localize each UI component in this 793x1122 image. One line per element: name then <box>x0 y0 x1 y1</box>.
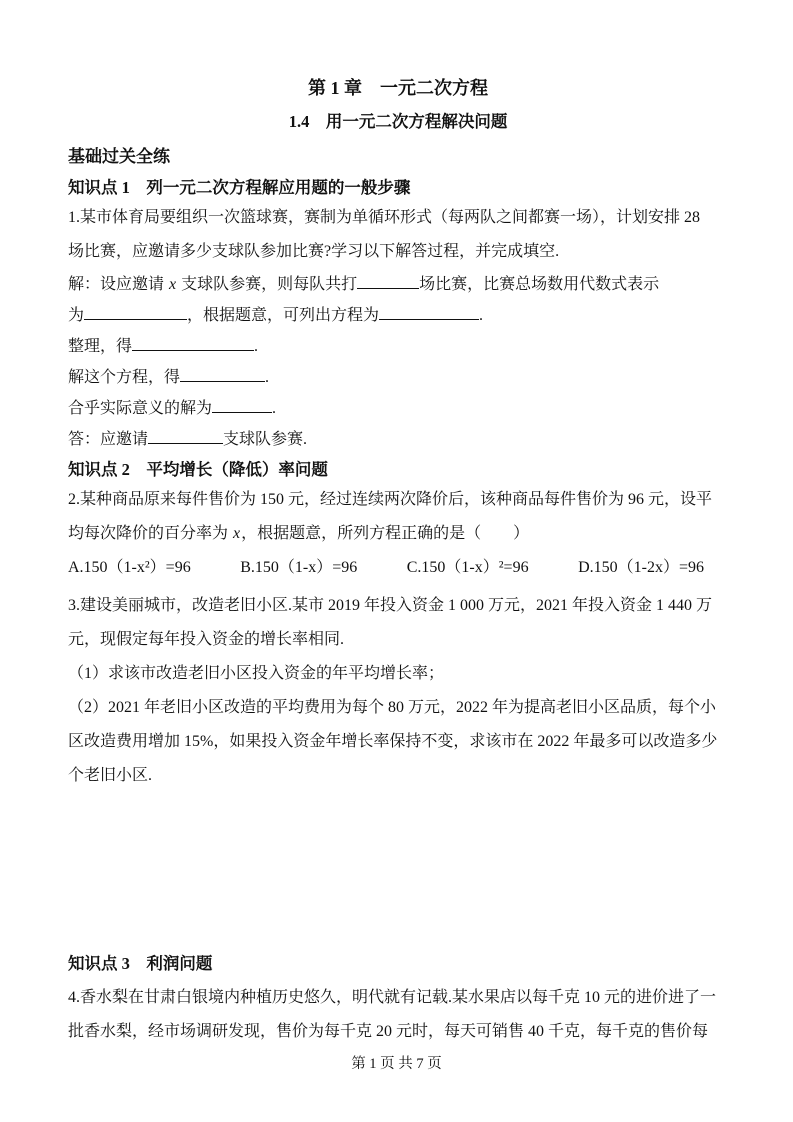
math-variable-x: x <box>168 276 177 293</box>
question-4-text-line: 批香水梨，经市场调研发现，售价为每千克 20 元时，每天可销售 40 千克，每千… <box>68 1015 728 1049</box>
solution-text: 支球队参赛，则每队共打 <box>177 276 357 293</box>
question-2-text-line: 2.某种商品原来每件售价为 150 元，经过连续两次降价后，该种商品每件售价为 … <box>68 483 728 517</box>
solution-text: . <box>254 338 258 355</box>
section-title: 1.4 用一元二次方程解决问题 <box>68 111 728 133</box>
question-2-text-line: 均每次降价的百分率为 x，根据题意，所列方程正确的是（ ） <box>68 517 728 551</box>
solution-text: 为 <box>68 307 84 324</box>
solution-line: 解：设应邀请 x 支球队参赛，则每队共打场比赛，比赛总场数用代数式表示 <box>68 269 728 300</box>
question-2: 2.某种商品原来每件售价为 150 元，经过连续两次降价后，该种商品每件售价为 … <box>68 483 728 585</box>
solution-text: . <box>272 400 276 417</box>
knowledge-point-1-heading: 知识点 1 列一元二次方程解应用题的一般步骤 <box>68 175 728 201</box>
page-content: 第 1 章 一元二次方程 1.4 用一元二次方程解决问题 基础过关全练 知识点 … <box>68 0 728 1049</box>
math-variable-x: x <box>232 525 241 542</box>
solution-text: 答：应邀请 <box>68 431 148 448</box>
question-text: 均每次降价的百分率为 <box>68 525 232 542</box>
question-1: 1.某市体育局要组织一次篮球赛，赛制为单循环形式（每两队之间都赛一场），计划安排… <box>68 201 728 455</box>
blank-field <box>180 366 265 382</box>
solution-line: 为，根据题意，可列出方程为. <box>68 300 728 331</box>
question-3-subquestion-2: 个老旧小区. <box>68 759 728 793</box>
option-d: D.150（1-2x）=96 <box>578 551 704 585</box>
practice-band-header: 基础过关全练 <box>68 145 728 169</box>
question-3-subquestion-2: 区改造费用增加 15%，如果投入资金年增长率保持不变，求该市在 2022 年最多… <box>68 725 728 759</box>
answer-workspace <box>68 793 728 945</box>
question-3-subquestion-1: （1）求该市改造老旧小区投入资金的年平均增长率； <box>68 657 728 691</box>
blank-field <box>132 335 254 351</box>
question-1-text-line: 场比赛，应邀请多少支球队参加比赛?学习以下解答过程，并完成填空. <box>68 235 728 269</box>
question-3-text-line: 元，现假定每年投入资金的增长率相同. <box>68 623 728 657</box>
solution-text: 解：设应邀请 <box>68 276 168 293</box>
question-1-solution: 解：设应邀请 x 支球队参赛，则每队共打场比赛，比赛总场数用代数式表示 为，根据… <box>68 269 728 455</box>
page-footer: 第 1 页 共 7 页 <box>0 1054 793 1074</box>
chapter-title: 第 1 章 一元二次方程 <box>68 76 728 100</box>
solution-text: 合乎实际意义的解为 <box>68 400 212 417</box>
solution-text: ，根据题意，可列出方程为 <box>187 307 379 324</box>
blank-field <box>212 397 272 413</box>
option-b: B.150（1-x）=96 <box>240 551 357 585</box>
solution-line: 整理，得. <box>68 331 728 362</box>
question-4: 4.香水梨在甘肃白银境内种植历史悠久，明代就有记载.某水果店以每千克 10 元的… <box>68 981 728 1049</box>
question-4-text-line: 4.香水梨在甘肃白银境内种植历史悠久，明代就有记载.某水果店以每千克 10 元的… <box>68 981 728 1015</box>
knowledge-point-3-heading: 知识点 3 利润问题 <box>68 951 728 977</box>
solution-text: 解这个方程，得 <box>68 369 180 386</box>
solution-line: 答：应邀请支球队参赛. <box>68 424 728 455</box>
solution-text: 整理，得 <box>68 338 132 355</box>
knowledge-point-2-heading: 知识点 2 平均增长（降低）率问题 <box>68 457 728 483</box>
question-1-text-line: 1.某市体育局要组织一次篮球赛，赛制为单循环形式（每两队之间都赛一场），计划安排… <box>68 201 728 235</box>
solution-text: 场比赛，比赛总场数用代数式表示 <box>419 276 659 293</box>
question-3: 3.建设美丽城市，改造老旧小区.某市 2019 年投入资金 1 000 万元，2… <box>68 589 728 793</box>
solution-text: . <box>265 369 269 386</box>
document-page: 第 1 章 一元二次方程 1.4 用一元二次方程解决问题 基础过关全练 知识点 … <box>0 0 793 1122</box>
option-a: A.150（1-x²）=96 <box>68 551 191 585</box>
question-3-subquestion-2: （2）2021 年老旧小区改造的平均费用为每个 80 万元，2022 年为提高老… <box>68 691 728 725</box>
blank-field <box>84 304 187 320</box>
solution-text: . <box>479 307 483 324</box>
answer-options-row: A.150（1-x²）=96 B.150（1-x）=96 C.150（1-x）²… <box>68 551 704 585</box>
solution-line: 合乎实际意义的解为. <box>68 393 728 424</box>
blank-field <box>379 304 479 320</box>
solution-text: 支球队参赛. <box>223 431 307 448</box>
solution-line: 解这个方程，得. <box>68 362 728 393</box>
blank-field <box>357 273 419 289</box>
blank-field <box>148 428 223 444</box>
option-c: C.150（1-x）²=96 <box>407 551 529 585</box>
question-3-text-line: 3.建设美丽城市，改造老旧小区.某市 2019 年投入资金 1 000 万元，2… <box>68 589 728 623</box>
question-text: ，根据题意，所列方程正确的是（ ） <box>241 525 529 542</box>
